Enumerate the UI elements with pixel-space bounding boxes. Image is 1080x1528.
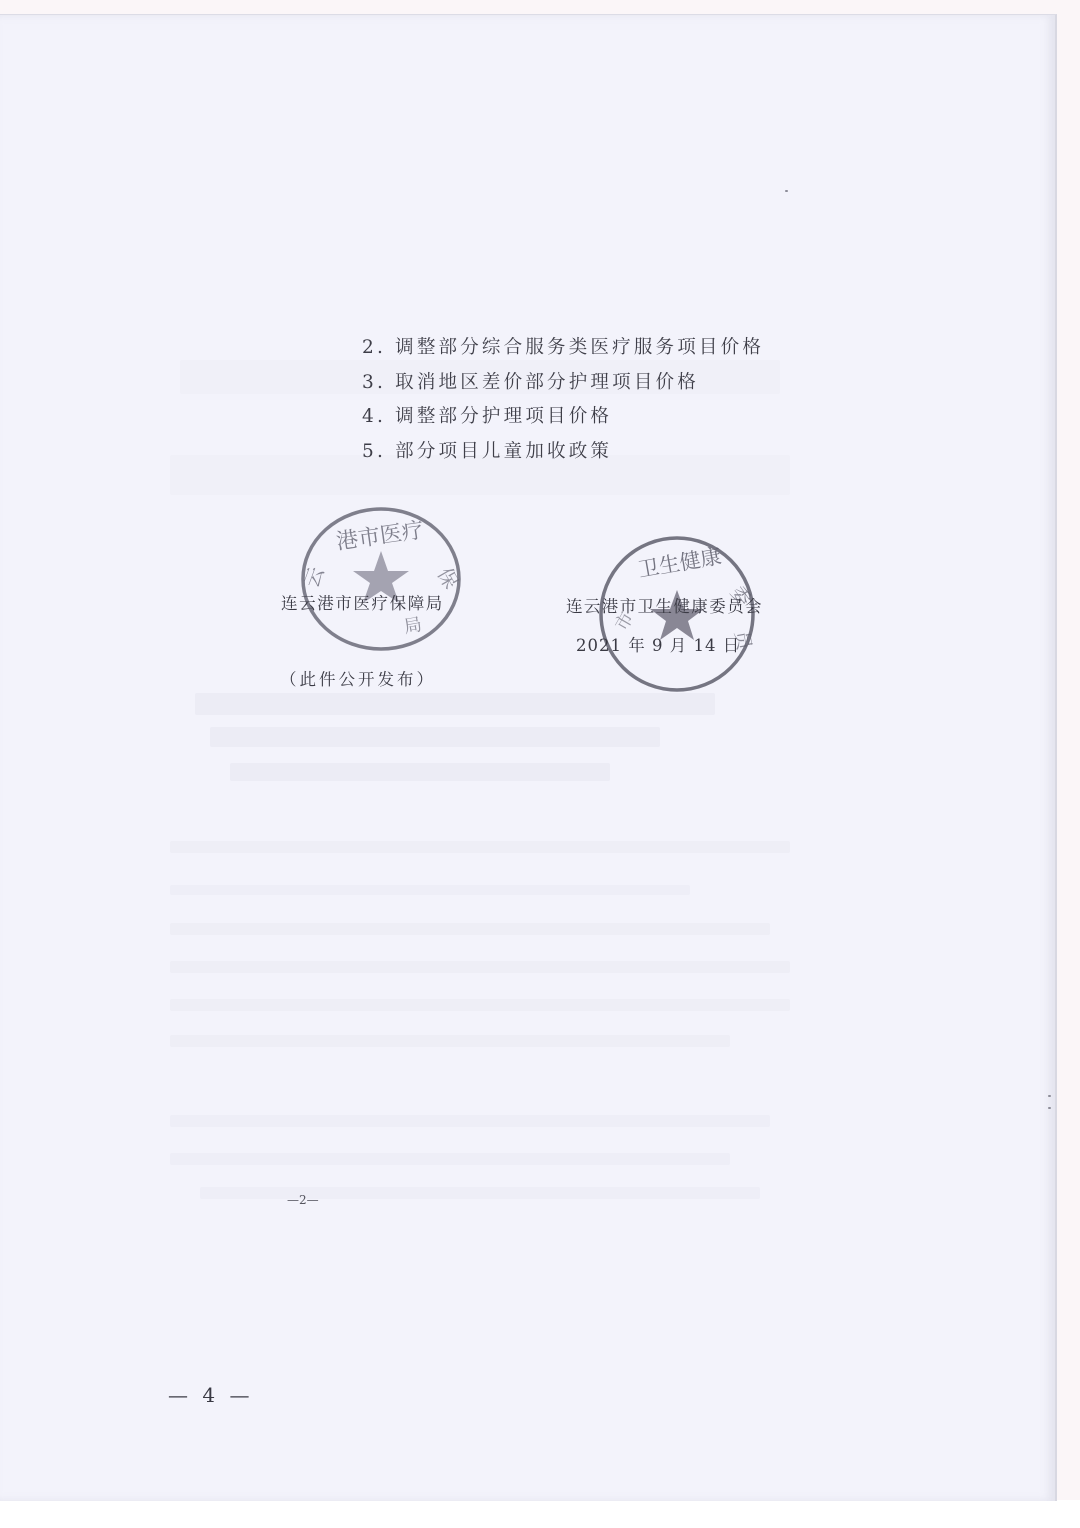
- list-item: 5. 部分项目儿童加收政策: [362, 435, 764, 470]
- list-item: 3. 取消地区差价部分护理项目价格: [362, 366, 764, 401]
- show-through-text: [230, 763, 610, 781]
- scan-speck: [785, 190, 788, 192]
- inner-page-number: —2—: [287, 1193, 319, 1207]
- show-through-text: [200, 1187, 760, 1199]
- item-list: 2. 调整部分综合服务类医疗服务项目价格 3. 取消地区差价部分护理项目价格 4…: [362, 331, 764, 469]
- list-item: 4. 调整部分护理项目价格: [362, 400, 764, 435]
- show-through-text: [210, 727, 660, 747]
- signing-org-left: 连云港市医疗保障局: [281, 590, 444, 614]
- svg-text:局: 局: [402, 614, 423, 638]
- list-item: 2. 调整部分综合服务类医疗服务项目价格: [362, 331, 764, 366]
- show-through-text: [170, 841, 790, 853]
- page-number: — 4 —: [168, 1383, 253, 1407]
- show-through-text: [170, 1035, 730, 1047]
- publication-note: （此件公开发布）: [280, 666, 436, 690]
- document-page: [0, 14, 1057, 1501]
- signing-org-right: 连云港市卫生健康委员会: [566, 593, 763, 617]
- official-seal-left: 港市医疗 云 保 局: [297, 503, 467, 653]
- scan-speck: [1048, 1107, 1051, 1109]
- scan-speck: [1048, 1095, 1051, 1097]
- show-through-text: [170, 1115, 770, 1127]
- show-through-text: [170, 999, 790, 1011]
- show-through-text: [170, 1153, 730, 1165]
- show-through-text: [170, 885, 690, 895]
- show-through-text: [170, 961, 790, 973]
- signing-date: 2021 年 9 月 14 日: [576, 632, 740, 656]
- show-through-text: [170, 923, 770, 935]
- svg-text:卫生健康: 卫生健康: [636, 544, 723, 582]
- svg-text:港市医疗: 港市医疗: [335, 518, 426, 555]
